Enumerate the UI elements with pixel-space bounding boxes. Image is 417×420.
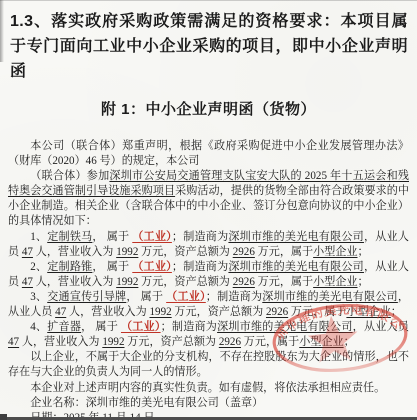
text-segment: 人，营业收入为 — [33, 276, 116, 288]
underlined-value: 小型企业 — [299, 336, 343, 348]
industry-tag: （工业） — [166, 291, 206, 303]
text-segment: ； — [358, 276, 369, 288]
text-segment: 人，营业收入为 — [19, 336, 102, 348]
underlined-value: 47 — [8, 336, 19, 348]
scanned-declaration-document: 1.3、落实政府采购政策需满足的资格要求：本项目属于专门面向工业中小企业采购的项… — [0, 0, 417, 420]
paragraph: 本公司（联合体）郑重声明，根据《政府采购促进中小企业发展管理办法》（财库（202… — [8, 139, 409, 169]
underlined-value: 1992 — [116, 276, 138, 288]
text-segment: （联合体）参加 — [30, 170, 109, 182]
section-heading: 1.3、落实政府采购政策需满足的资格要求：本项目属于专门面向工业中小企业采购的项… — [10, 9, 408, 84]
industry-tag: （工业） — [121, 321, 161, 333]
scan-artifact-left-shadow — [0, 0, 4, 62]
scan-artifact-top-line — [0, 0, 417, 1]
industry-tag: （工业） — [132, 231, 172, 243]
text-segment: ； — [344, 336, 355, 348]
paragraph: 以上企业，不属于大企业的分支机构，不存在控股股东为大企业的情形，也不存在与大企业… — [8, 350, 409, 380]
text-segment: ， 属于 — [126, 291, 166, 303]
underlined-value: 1992 — [116, 246, 138, 258]
text-segment: ；制造商为 — [206, 291, 262, 303]
underlined-value: 1992 — [149, 306, 171, 318]
underlined-value: 47 — [22, 276, 33, 288]
underlined-value: 定制路锥 — [47, 261, 92, 273]
underlined-value: 扩音器 — [47, 321, 81, 333]
text-segment: 万元，属于 — [241, 336, 299, 348]
underlined-value: 2926 — [233, 276, 255, 288]
text-segment: ，从业人员 — [353, 321, 409, 333]
paragraph: 本企业对上述声明内容的真实性负责。如有虚假，将依法承担相应责任。 — [8, 381, 409, 396]
scan-artifact-corner — [0, 414, 7, 420]
text-segment: 3、 — [30, 291, 47, 303]
text-segment: ；制造商为 — [172, 261, 228, 273]
underlined-value: 小型企业 — [313, 276, 357, 288]
text-segment: 万元，属于 — [255, 276, 313, 288]
text-segment: ；制造商为 — [172, 231, 228, 243]
document-body: 本公司（联合体）郑重声明，根据《政府采购促进中小企业发展管理办法》（财库（202… — [8, 139, 409, 420]
underlined-value: 深圳市维的美光电有限公司 — [262, 291, 398, 303]
text-segment: 本企业对上述声明内容的真实性负责。如有虚假，将依法承担相应责任。 — [30, 382, 385, 394]
industry-tag: （工业） — [132, 261, 172, 273]
underlined-value: 小型企业 — [346, 306, 390, 318]
underlined-value: 2926 — [219, 336, 241, 348]
underlined-value: 1992 — [102, 336, 124, 348]
underlined-value: 小型企业 — [313, 246, 357, 258]
text-segment: 1、 — [30, 231, 47, 243]
underlined-value: 深圳市维的美光电有限公司 — [228, 261, 364, 273]
paragraph: 1、定制铁马， 属于 （工业）；制造商为深圳市维的美光电有限公司，从业人员 47… — [8, 230, 409, 260]
text-segment: ， 属于 — [81, 321, 121, 333]
text-segment: ； — [391, 306, 402, 318]
text-segment: ； — [358, 246, 369, 258]
paragraph: 3、交通宣传引导牌， 属于 （工业）；制造商为深圳市维的美光电有限公司，从业人员… — [8, 290, 409, 320]
text-segment: 万元，资产总额为 — [125, 336, 219, 348]
underlined-value: 定制铁马 — [47, 231, 92, 243]
text-segment: 2、 — [30, 261, 47, 273]
paragraph: 4、扩音器， 属于 （工业）；制造商为深圳市维的美光电有限公司，从业人员 47 … — [8, 320, 409, 350]
text-segment: 人，营业收入为 — [33, 246, 116, 258]
underlined-value: 交通宣传引导牌 — [47, 291, 126, 303]
underlined-value: 2926 — [266, 306, 288, 318]
underlined-value: 深圳市维的美光电有限公司 — [228, 231, 364, 243]
text-segment: 万元，属于 — [255, 246, 313, 258]
text-segment: 4、 — [30, 321, 47, 333]
paragraph: 2、定制路锥， 属于 （工业）；制造商为深圳市维的美光电有限公司，从业人员 47… — [8, 260, 409, 290]
text-segment: 企业名称：深圳市维的美光电有限公司（盖章） — [30, 397, 263, 409]
underlined-value: 深圳市维的美光电有限公司 — [217, 321, 353, 333]
text-segment: 万元，资产总额为 — [138, 246, 232, 258]
text-segment: ， 属于 — [92, 261, 132, 273]
text-segment: 万元，资产总额为 — [138, 276, 232, 288]
text-segment: 万元，资产总额为 — [172, 306, 266, 318]
paragraph: （联合体）参加深圳市公安局交通管理支队宝安大队的 2025 年十五运会和残特奥会… — [8, 169, 409, 229]
text-segment: ， 属于 — [92, 231, 132, 243]
text-segment: 人，营业收入为 — [66, 306, 149, 318]
text-segment: 万元，属于 — [288, 306, 346, 318]
text-segment: 以上企业，不属于大企业的分支机构，不存在控股股东为大企业的情形，也不存在与大企业… — [8, 351, 409, 378]
underlined-value: 47 — [22, 246, 33, 258]
paragraph: 企业名称：深圳市维的美光电有限公司（盖章） — [8, 396, 409, 411]
attachment-title: 附 1：中小企业声明函（货物） — [0, 98, 417, 119]
underlined-value: 2926 — [233, 246, 255, 258]
underlined-value: 47 — [55, 306, 66, 318]
text-segment: 本公司（联合体）郑重声明，根据《政府采购促进中小企业发展管理办法》（财库（202… — [8, 140, 409, 167]
text-segment: ；制造商为 — [161, 321, 217, 333]
